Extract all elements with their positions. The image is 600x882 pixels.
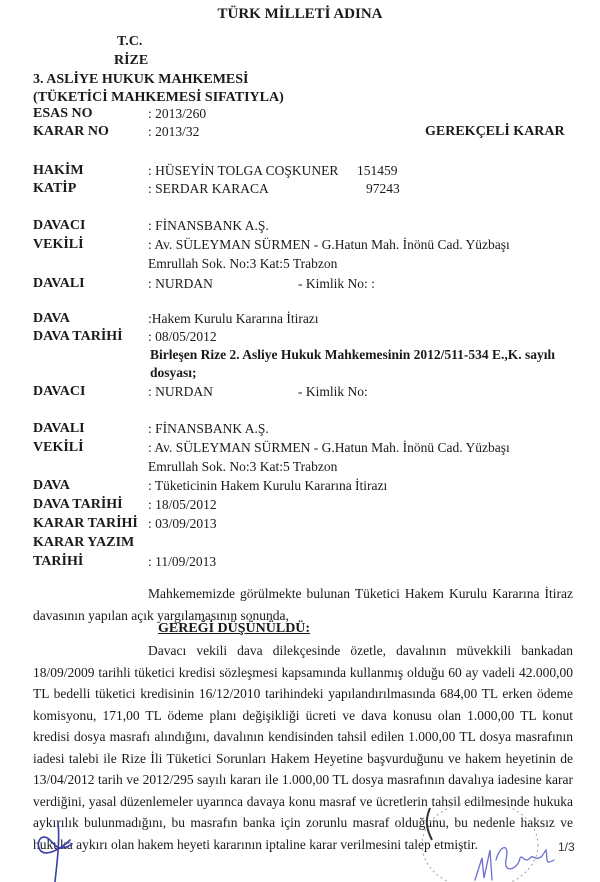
vekili-value-line2: Emrullah Sok. No:3 Kat:5 Trabzon [148,256,337,272]
clerk-signature-icon [30,822,100,882]
esas-no-value: : 2013/260 [148,106,206,122]
page-number: 1/3 [558,840,575,854]
decision-heading: GEREĞİ DÜŞÜNÜLDÜ: [158,621,310,637]
esas-no-label: ESAS NO [33,106,93,122]
karar-yazim-label-line2: TARİHİ [33,554,83,570]
karar-tarihi-label: KARAR TARİHİ [33,516,138,532]
davaci-2-label: DAVACI [33,384,85,400]
dava-2-tarihi-label: DAVA TARİHİ [33,497,123,513]
vekili-value-line1: : Av. SÜLEYMAN SÜRMEN - G.Hatun Mah. İnö… [148,237,510,253]
document-type: GEREKÇELİ KARAR [425,124,565,140]
vekili-2-label: VEKİLİ [33,440,84,456]
tc-label: T.C. [117,34,142,50]
hakim-value: : HÜSEYİN TOLGA COŞKUNER [148,163,338,179]
vekili-label: VEKİLİ [33,237,84,253]
davaci-2-kimlik: - Kimlik No: [298,384,368,400]
davaci-2-value: : NURDAN [148,384,213,400]
davali-value: : NURDAN [148,276,213,292]
dava-2-tarihi-value: : 18/05/2012 [148,497,217,513]
davaci-label: DAVACI [33,218,85,234]
hakim-label: HAKİM [33,163,84,179]
dava-value: :Hakem Kurulu Kararına İtirazı [148,311,319,327]
davali-2-label: DAVALI [33,421,85,437]
davali-label: DAVALI [33,276,85,292]
karar-yazim-label-line1: KARAR YAZIM [33,535,134,551]
karar-no-label: KARAR NO [33,124,109,140]
dava-tarihi-value: : 08/05/2012 [148,329,217,345]
davali-2-value: : FİNANSBANK A.Ş. [148,421,269,437]
dava-tarihi-label: DAVA TARİHİ [33,329,123,345]
merged-file-note: Birleşen Rize 2. Asliye Hukuk Mahkemesin… [150,346,570,382]
city-label: RİZE [114,53,148,69]
hakim-registry-no: 151459 [357,163,398,179]
davali-kimlik: - Kimlik No: : [298,276,375,292]
karar-yazim-value: : 11/09/2013 [148,554,216,570]
dava-2-label: DAVA [33,478,70,494]
vekili-2-value-line1: : Av. SÜLEYMAN SÜRMEN - G.Hatun Mah. İnö… [148,440,510,456]
davaci-value: : FİNANSBANK A.Ş. [148,218,269,234]
court-capacity: (TÜKETİCİ MAHKEMESİ SIFATIYLA) [33,90,284,106]
katip-label: KATİP [33,181,76,197]
intro-paragraph: Mahkememizde görülmekte bulunan Tüketici… [33,583,573,626]
katip-registry-no: 97243 [366,181,400,197]
katip-value: : SERDAR KARACA [148,181,269,197]
court-name: 3. ASLİYE HUKUK MAHKEMESİ [33,72,248,88]
karar-no-value: : 2013/32 [148,124,199,140]
karar-tarihi-value: : 03/09/2013 [148,516,217,532]
dava-2-value: : Tüketicinin Hakem Kurulu Kararına İtir… [148,478,387,494]
vekili-2-value-line2: Emrullah Sok. No:3 Kat:5 Trabzon [148,459,337,475]
document-title: TÜRK MİLLETİ ADINA [0,6,600,23]
judge-signature-icon [470,830,560,882]
dava-label: DAVA [33,311,70,327]
